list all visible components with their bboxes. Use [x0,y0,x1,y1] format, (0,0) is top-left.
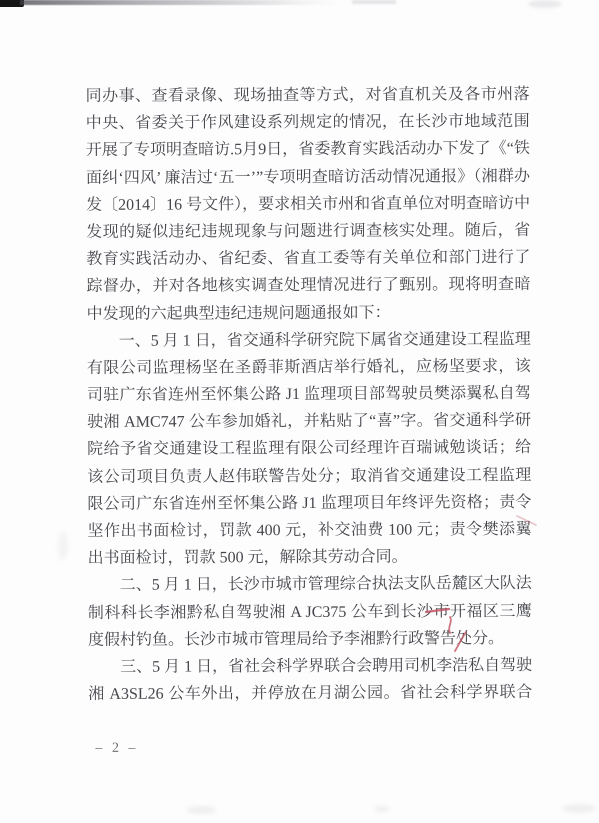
text-line: 开展了专项明查暗访.5月9日，省委教育实践活动办下发了《“铁 [86,135,530,164]
text-line: 教育实践活动办、省纪委、省直工委等有关单位和部门进行了跟 [86,244,530,273]
text-line: 出书面检讨，罚款 500 元，解除其劳动合同。 [88,543,532,572]
text-line: 发〔2014〕16 号文件），要求相关市州和省直单位对明查暗访中 [86,190,530,219]
text-line: 发现的疑似违纪违规现象与问题进行调查核实处理。随后，省委 [86,217,530,246]
text-line: 三、5 月 1 日，省社会科学界联合会聘用司机李浩私自驾驶 [88,652,532,681]
document-body: 同办事、查看录像、现场抽查等方式，对省直机关及各市州落实中央、省委关于作风建设系… [86,81,533,708]
paragraph: 一、5 月 1 日，省交通科学研究院下属省交通建设工程监理有限公司监理杨坚在圣爵… [87,326,532,573]
text-line: 有限公司监理杨坚在圣爵菲斯酒店举行婚礼，应杨坚要求，该公 [87,353,531,382]
text-line: 驶湘 AMC747 公车参加婚礼，并粘贴了“喜”字。省交通科学研究 [87,407,531,436]
text-line: 限公司广东省连州至怀集公路 J1 监理项目年终评先资格；责令杨 [87,489,531,518]
text-line: 司驻广东省连州至怀集公路 J1 监理项目部驾驶员樊添翼私自驾 [87,380,531,409]
text-line: 中央、省委关于作风建设系列规定的情况，在长沙市地域范围内 [86,108,530,137]
paragraph: 同办事、查看录像、现场抽查等方式，对省直机关及各市州落实中央、省委关于作风建设系… [86,81,531,328]
scanned-document-page: 同办事、查看录像、现场抽查等方式，对省直机关及各市州落实中央、省委关于作风建设系… [0,0,599,823]
scan-smudge [562,804,596,813]
text-line: 度假村钓鱼。长沙市城市管理局给予李湘黔行政警告处分。 [88,625,532,654]
text-line: 院给予省交通建设工程监理有限公司经理许百瑞诫勉谈话；给予 [87,434,531,463]
page-number: – 2 – [95,741,138,757]
text-line: 踪督办，并对各地核实调查处理情况进行了甄别。现将明查暗访 [86,271,530,300]
text-line: 该公司项目负责人赵伟联警告处分；取消省交通建设工程监理有 [87,462,531,491]
text-line: 同办事、查看录像、现场抽查等方式，对省直机关及各市州落实 [86,81,530,110]
text-line: 一、5 月 1 日，省交通科学研究院下属省交通建设工程监理 [87,326,531,355]
scan-content: 同办事、查看录像、现场抽查等方式，对省直机关及各市州落实中央、省委关于作风建设系… [0,0,599,823]
scan-smudge [58,532,68,560]
scan-smudge [374,806,390,812]
text-line: 中发现的六起典型违纪违规问题通报如下： [87,298,531,327]
text-line: 湘 A3SL26 公车外出，并停放在月湖公园。省社会科学界联合会 [88,679,532,708]
text-line: 面纠‘四风’ 廉洁过‘五一’”专项明查暗访活动情况通报》（湘群办 [86,163,530,192]
text-line: 坚作出书面检讨，罚款 400 元，补交油费 100 元；责令樊添翼作 [87,516,531,545]
paragraph: 三、5 月 1 日，省社会科学界联合会聘用司机李浩私自驾驶湘 A3SL26 公车… [88,652,532,708]
scan-smudge [186,806,216,814]
text-line: 制科科长李湘黔私自驾驶湘 A JC375 公车到长沙市开福区三鹰潭 [88,598,532,627]
text-line: 二、5 月 1 日，长沙市城市管理综合执法支队岳麓区大队法 [88,570,532,599]
paragraph: 二、5 月 1 日，长沙市城市管理综合执法支队岳麓区大队法制科科长李湘黔私自驾驶… [88,570,532,653]
